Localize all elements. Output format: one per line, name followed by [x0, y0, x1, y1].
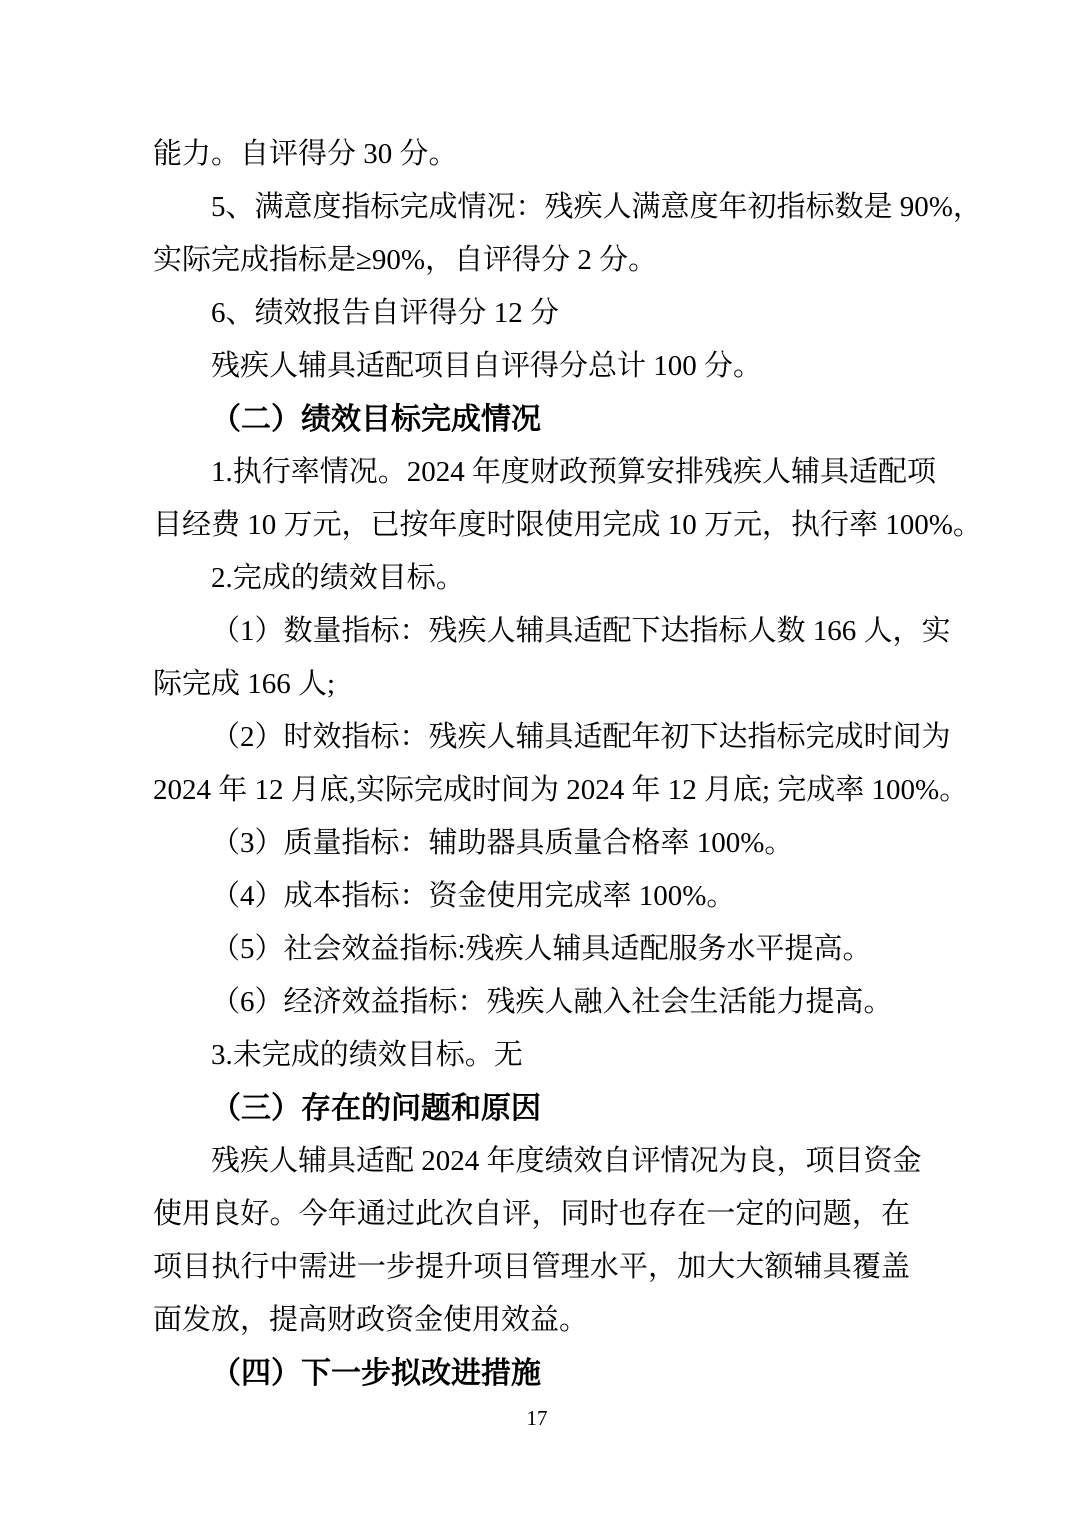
text-line: 能力。自评得分 30 分。 — [153, 128, 910, 181]
text-line: （4）成本指标：资金使用完成率 100%。 — [153, 870, 910, 923]
text-line: （6）经济效益指标：残疾人融入社会生活能力提高。 — [153, 976, 910, 1029]
text-line: 面发放，提高财政资金使用效益。 — [153, 1294, 910, 1347]
text-line: 3.未完成的绩效目标。无 — [153, 1029, 910, 1082]
page-number: 17 — [0, 1402, 1074, 1434]
document-page: 能力。自评得分 30 分。 5、满意度指标完成情况：残疾人满意度年初指标数是 9… — [0, 0, 1074, 1520]
section-heading: （三）存在的问题和原因 — [153, 1082, 910, 1135]
text-line: （1）数量指标：残疾人辅具适配下达指标人数 166 人，实 — [153, 605, 910, 658]
text-line: 2.完成的绩效目标。 — [153, 552, 910, 605]
text-line: 1.执行率情况。2024 年度财政预算安排残疾人辅具适配项 — [153, 446, 910, 499]
text-line: 目经费 10 万元，已按年度时限使用完成 10 万元，执行率 100%。 — [153, 499, 910, 552]
section-heading: （二）绩效目标完成情况 — [153, 393, 910, 446]
text-line: 残疾人辅具适配项目自评得分总计 100 分。 — [153, 340, 910, 393]
text-line: （5）社会效益指标:残疾人辅具适配服务水平提高。 — [153, 923, 910, 976]
text-line: 6、绩效报告自评得分 12 分 — [153, 287, 910, 340]
text-line: 项目执行中需进一步提升项目管理水平，加大大额辅具覆盖 — [153, 1241, 910, 1294]
text-line: 使用良好。今年通过此次自评，同时也存在一定的问题，在 — [153, 1188, 910, 1241]
document-body: 能力。自评得分 30 分。 5、满意度指标完成情况：残疾人满意度年初指标数是 9… — [153, 128, 910, 1400]
text-line: 实际完成指标是≥90%，自评得分 2 分。 — [153, 234, 910, 287]
text-line: （2）时效指标：残疾人辅具适配年初下达指标完成时间为 — [153, 711, 910, 764]
section-heading: （四）下一步拟改进措施 — [153, 1347, 910, 1400]
text-line: 2024 年 12 月底,实际完成时间为 2024 年 12 月底; 完成率 1… — [153, 764, 910, 817]
text-line: 际完成 166 人; — [153, 658, 910, 711]
text-line: 残疾人辅具适配 2024 年度绩效自评情况为良，项目资金 — [153, 1135, 910, 1188]
text-line: （3）质量指标：辅助器具质量合格率 100%。 — [153, 817, 910, 870]
text-line: 5、满意度指标完成情况：残疾人满意度年初指标数是 90%， — [153, 181, 910, 234]
